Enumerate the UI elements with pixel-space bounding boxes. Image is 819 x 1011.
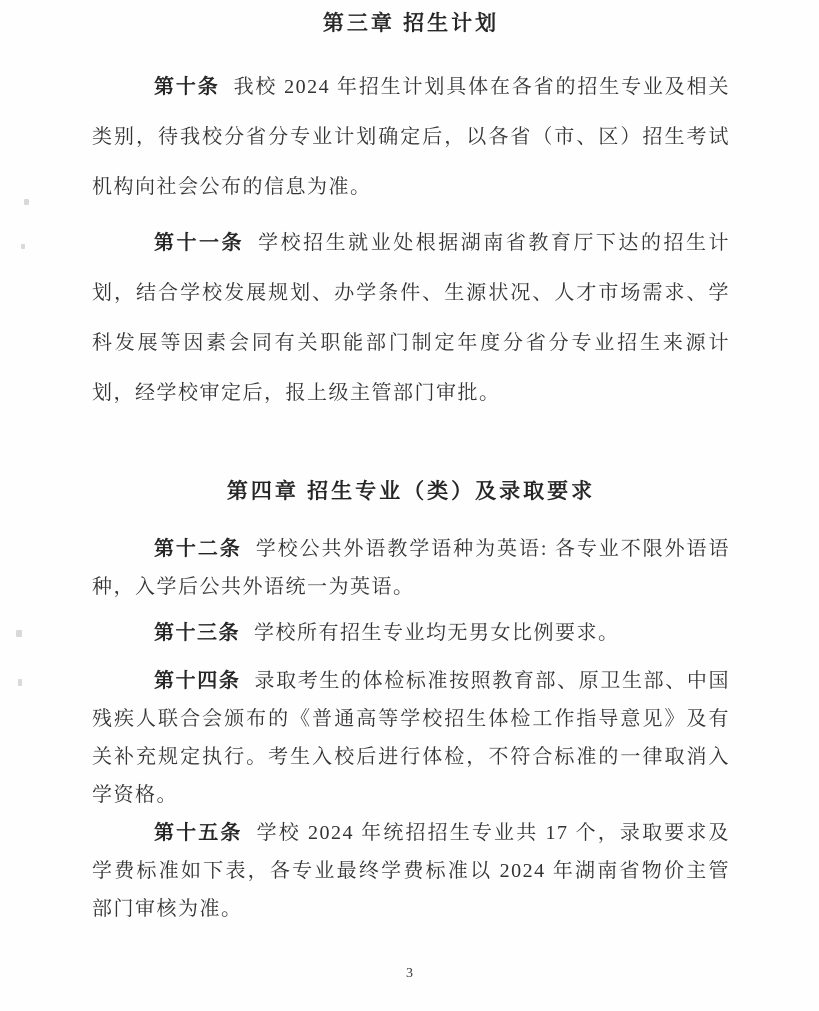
article-13-text: 学校所有招生专业均无男女比例要求。 [254,622,620,644]
article-11-number: 第十一条 [154,232,258,254]
article-15-number: 第十五条 [154,822,257,844]
article-12-number: 第十二条 [154,538,256,560]
scan-artifact [18,679,22,686]
scan-artifact [24,199,29,205]
chapter-3-heading: 第三章 招生计划 [92,8,730,38]
article-10-number: 第十条 [154,76,234,98]
chapter-4-heading: 第四章 招生专业（类）及录取要求 [92,476,730,506]
article-14-paragraph: 第十四条录取考生的体检标准按照教育部、原卫生部、中国残疾人联合会颁布的《普通高等… [92,662,730,814]
article-13-number: 第十三条 [154,622,254,644]
scanned-document-page: 第三章 招生计划 第十条我校 2024 年招生计划具体在各省的招生专业及相关类别… [0,0,819,1011]
article-11-text: 学校招生就业处根据湖南省教育厅下达的招生计划，结合学校发展规划、办学条件、生源状… [92,232,730,404]
article-14-number: 第十四条 [154,670,254,692]
scan-artifact [16,630,22,637]
article-13-paragraph: 第十三条学校所有招生专业均无男女比例要求。 [92,614,730,652]
page-number: 3 [0,966,819,982]
article-12-paragraph: 第十二条学校公共外语教学语种为英语: 各专业不限外语语种，入学后公共外语统一为英… [92,530,730,606]
article-11-paragraph: 第十一条学校招生就业处根据湖南省教育厅下达的招生计划，结合学校发展规划、办学条件… [92,218,730,418]
scan-artifact [21,244,25,249]
article-10-paragraph: 第十条我校 2024 年招生计划具体在各省的招生专业及相关类别，待我校分省分专业… [92,62,730,212]
document-body: 第三章 招生计划 第十条我校 2024 年招生计划具体在各省的招生专业及相关类别… [92,0,730,928]
article-15-paragraph: 第十五条学校 2024 年统招招生专业共 17 个，录取要求及学费标准如下表，各… [92,814,730,928]
